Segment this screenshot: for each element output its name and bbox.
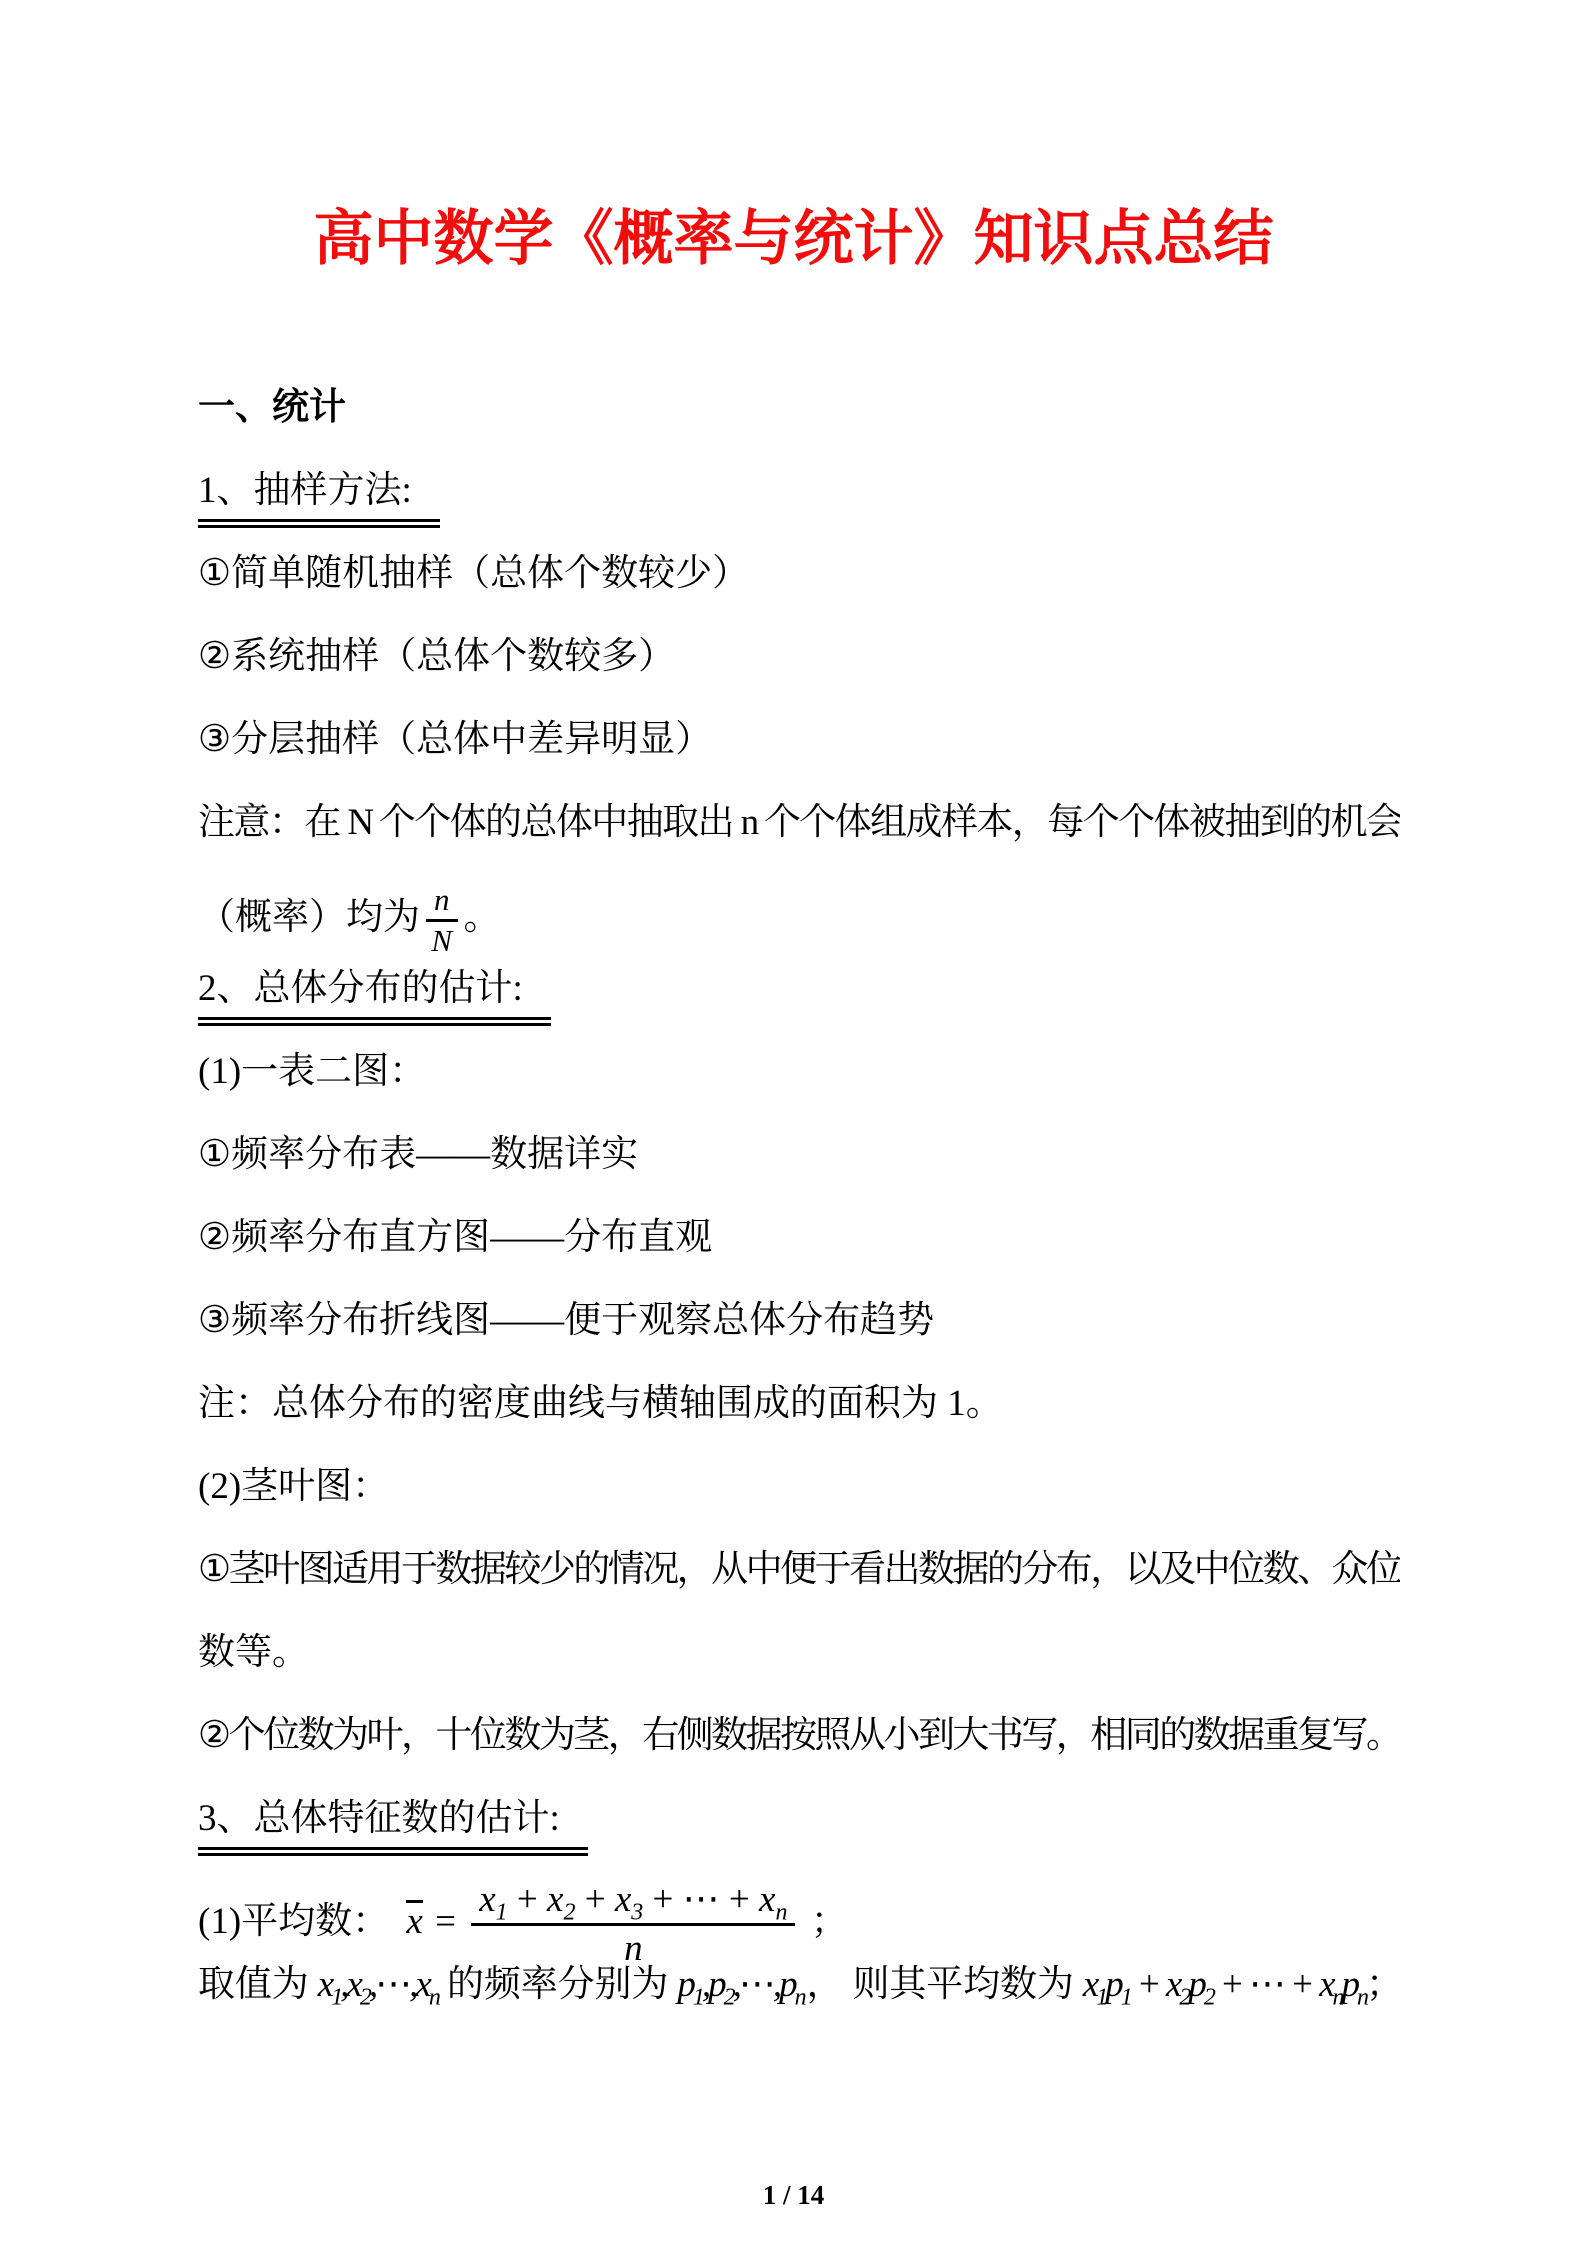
text-run: xn bbox=[415, 1964, 437, 2005]
note-stem-leaf-rule: ②个位数为叶，十位数为茎，右侧数据按照从小到大书写，相同的数据重复写。 bbox=[198, 1713, 1400, 1796]
note-sampling-probability-line2: （概率）均为nN。 bbox=[198, 883, 1400, 966]
note-stem-leaf-usage-line1: ①茎叶图适用于数据较少的情况，从中便于看出数据的分布，以及中位数、众位 bbox=[198, 1547, 1400, 1630]
double-underlined-heading-text: 2、总体分布的估计: bbox=[198, 966, 551, 1026]
note-weighted-mean: 取值为 x1,x2,⋯,xn 的频率分别为 p1,p2,⋯,pn， 则其平均数为… bbox=[198, 1962, 1400, 2045]
text-run: ②个位数为叶，十位数为茎，右侧数据按照从小到大书写，相同的数据重复写。 bbox=[198, 1715, 1400, 1756]
document-page: 高中数学《概率与统计》知识点总结 一、统计1、抽样方法:①简单随机抽样（总体个数… bbox=[0, 0, 1587, 2245]
text-run: 注：总体分布的密度曲线与横轴围成的面积为 1。 bbox=[198, 1383, 1003, 1424]
text-run: = bbox=[426, 1901, 465, 1942]
double-underlined-heading-text: 1、抽样方法: bbox=[198, 468, 440, 528]
text-run: + ⋯ + bbox=[1213, 1964, 1319, 2005]
text-run: 一、统计 bbox=[198, 387, 346, 428]
note-density-curve-area: 注：总体分布的密度曲线与横轴围成的面积为 1。 bbox=[198, 1381, 1400, 1464]
section-heading-statistics: 一、统计 bbox=[198, 385, 1400, 468]
text-run: p2 bbox=[1188, 1964, 1213, 2005]
subhead-sampling-methods: 1、抽样方法: bbox=[198, 468, 1400, 551]
text-run: (1)一表二图： bbox=[198, 1051, 426, 1092]
item-stratified-sampling: ③分层抽样（总体中差异明显） bbox=[198, 717, 1400, 800]
text-run: ③频率分布折线图——便于观察总体分布趋势 bbox=[198, 1300, 934, 1341]
text-run: xn bbox=[1319, 1964, 1341, 2005]
text-run: ①频率分布表——数据详实 bbox=[198, 1134, 638, 1175]
text-run: 取值为 bbox=[198, 1964, 318, 2005]
text-run: ①简单随机抽样（总体个数较少） bbox=[198, 553, 749, 594]
text-run: n bbox=[434, 882, 450, 917]
item-simple-random-sampling: ①简单随机抽样（总体个数较少） bbox=[198, 551, 1400, 634]
text-run: 。 bbox=[464, 897, 501, 938]
text-run: ,⋯, bbox=[369, 1964, 416, 2005]
text-run: N bbox=[431, 923, 452, 958]
note-stem-leaf-usage-line2: 数等。 bbox=[198, 1630, 1400, 1713]
fraction: x1 + x2 + x3 + ⋯ + xnn bbox=[471, 1879, 795, 1970]
text-run: ； bbox=[1366, 1964, 1400, 2005]
text-run: 1、抽样方法: bbox=[198, 470, 412, 511]
text-run: p1 bbox=[677, 1964, 702, 2005]
text-run: x1 bbox=[1083, 1964, 1105, 2005]
text-run: xn bbox=[759, 1879, 787, 1920]
text-run: p1 bbox=[1105, 1964, 1130, 2005]
note-sampling-probability-line1: 注意：在 N 个个体的总体中抽取出 n 个个体组成样本，每个个体被抽到的机会 bbox=[198, 800, 1400, 883]
item-stem-leaf-plot: (2)茎叶图： bbox=[198, 1464, 1400, 1547]
text-run: + bbox=[575, 1879, 614, 1920]
item-one-table-two-charts: (1)一表二图： bbox=[198, 1049, 1400, 1132]
text-run: ③分层抽样（总体中差异明显） bbox=[198, 719, 712, 760]
text-run: pn bbox=[1342, 1964, 1367, 2005]
item-frequency-histogram: ②频率分布直方图——分布直观 bbox=[198, 1215, 1400, 1298]
page-title: 高中数学《概率与统计》知识点总结 bbox=[0, 191, 1587, 277]
text-run: x2 bbox=[1166, 1964, 1188, 2005]
text-run: (1)平均数： bbox=[198, 1901, 398, 1942]
text-run: pn bbox=[779, 1964, 804, 2005]
text-run: ,⋯, bbox=[733, 1964, 780, 2005]
text-run: 注意：在 N 个个体的总体中抽取出 n 个个体组成样本，每个个体被抽到的机会 bbox=[198, 802, 1400, 843]
text-run: p2 bbox=[708, 1964, 733, 2005]
page-number: 1 / 14 bbox=[0, 2180, 1587, 2211]
text-run: x2 bbox=[547, 1879, 575, 1920]
text-run: 2、总体分布的估计: bbox=[198, 968, 523, 1009]
formula-mean: (1)平均数： x = x1 + x2 + x3 + ⋯ + xnn ； bbox=[198, 1879, 1400, 1962]
text-run: x3 bbox=[615, 1879, 643, 1920]
text-run: + bbox=[508, 1879, 547, 1920]
subhead-population-characteristics-estimate: 3、总体特征数的估计: bbox=[198, 1796, 1400, 1879]
text-run: ①茎叶图适用于数据较少的情况，从中便于看出数据的分布，以及中位数、众位 bbox=[198, 1549, 1400, 1590]
item-frequency-table: ①频率分布表——数据详实 bbox=[198, 1132, 1400, 1215]
text-run: x2 bbox=[346, 1964, 368, 2005]
text-run: ， 则其平均数为 bbox=[804, 1964, 1083, 2005]
text-run: x1 bbox=[479, 1879, 507, 1920]
text-run: + ⋯ + bbox=[643, 1879, 759, 1920]
double-underlined-heading-text: 3、总体特征数的估计: bbox=[198, 1796, 588, 1856]
text-run: 3、总体特征数的估计: bbox=[198, 1798, 560, 1839]
fraction: nN bbox=[426, 883, 458, 958]
item-frequency-line-chart: ③频率分布折线图——便于观察总体分布趋势 bbox=[198, 1298, 1400, 1381]
text-run: + bbox=[1130, 1964, 1166, 2005]
item-systematic-sampling: ②系统抽样（总体个数较多） bbox=[198, 634, 1400, 717]
text-run: ； bbox=[801, 1901, 847, 1942]
text-run: 数等。 bbox=[198, 1632, 309, 1673]
text-run: ②系统抽样（总体个数较多） bbox=[198, 636, 675, 677]
text-run: （概率）均为 bbox=[198, 897, 420, 938]
doc-body: 一、统计1、抽样方法:①简单随机抽样（总体个数较少）②系统抽样（总体个数较多）③… bbox=[198, 385, 1400, 2045]
subhead-population-distribution-estimate: 2、总体分布的估计: bbox=[198, 966, 1400, 1049]
text-run: (2)茎叶图： bbox=[198, 1466, 389, 1507]
x-bar-symbol: x bbox=[406, 1900, 422, 1939]
text-run: ②频率分布直方图——分布直观 bbox=[198, 1217, 712, 1258]
text-run: 的频率分别为 bbox=[438, 1964, 678, 2005]
text-run: x1 bbox=[318, 1964, 340, 2005]
